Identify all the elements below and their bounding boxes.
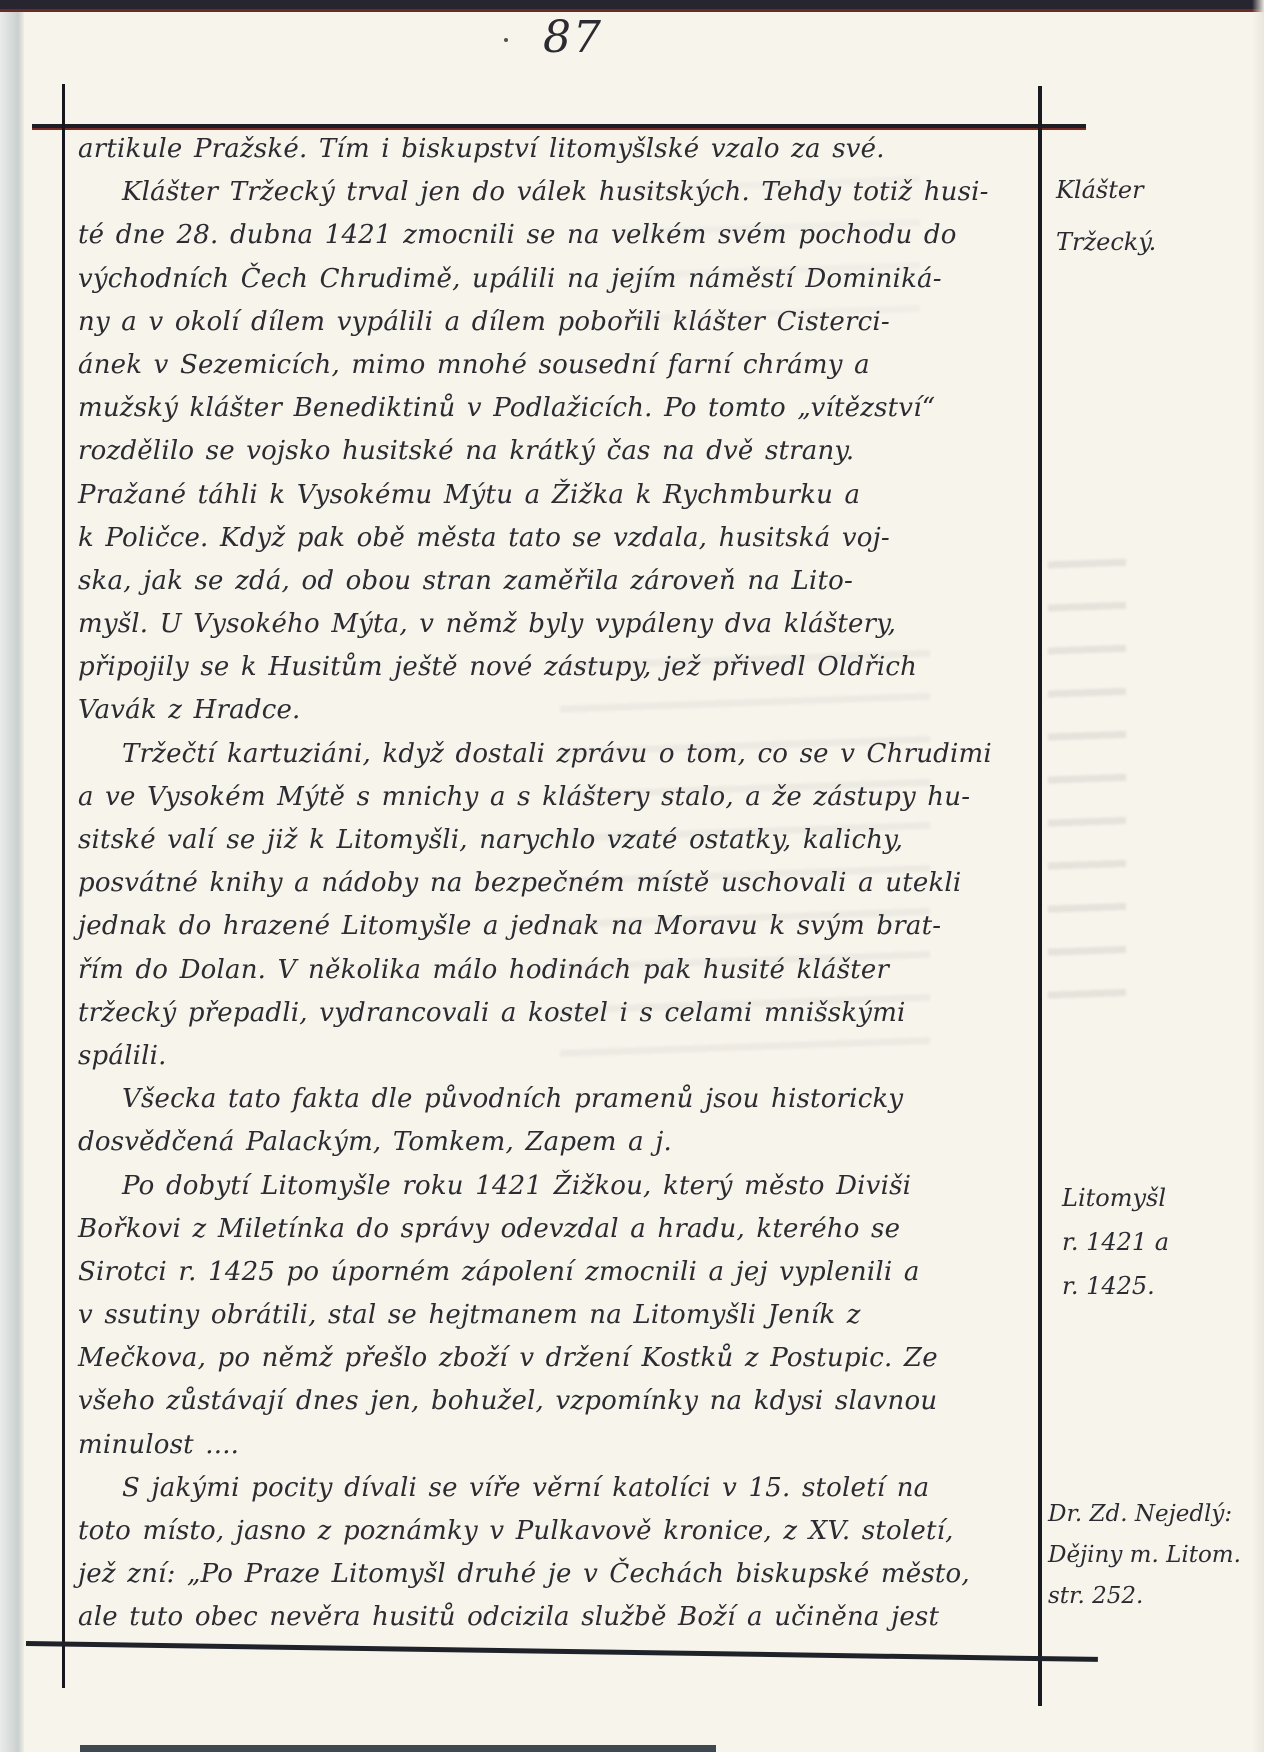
scan-edge-top-bar xyxy=(0,0,1264,14)
margin-note-line: Dějiny m. Litom. xyxy=(1048,1535,1241,1576)
manuscript-line: řím do Dolan. V několika málo hodinách p… xyxy=(78,949,1036,992)
margin-note-line: Tržecký. xyxy=(1056,216,1156,268)
manuscript-line: Pražané táhli k Vysokému Mýtu a Žižka k … xyxy=(78,474,1036,517)
manuscript-line: myšl. U Vysokého Mýta, v němž byly vypál… xyxy=(78,603,1036,646)
margin-note-line: r. 1421 a xyxy=(1062,1220,1169,1264)
manuscript-line: Mečkova, po němž přešlo zboží v držení K… xyxy=(78,1337,1036,1380)
manuscript-line: k Poličce. Když pak obě města tato se vz… xyxy=(78,517,1036,560)
manuscript-line: Klášter Tržecký trval jen do válek husit… xyxy=(78,171,1036,214)
scan-edge-bottom-bar xyxy=(80,1745,716,1752)
manuscript-line: jednak do hrazené Litomyšle a jednak na … xyxy=(78,905,1036,948)
manuscript-line: východních Čech Chrudimě, upálili na jej… xyxy=(78,258,1036,301)
manuscript-line: v ssutiny obrátili, stal se hejtmanem na… xyxy=(78,1294,1036,1337)
manuscript-line: všeho zůstávají dnes jen, bohužel, vzpom… xyxy=(78,1380,1036,1423)
margin-note-line: Litomyšl xyxy=(1062,1176,1169,1220)
manuscript-line: tržecký přepadli, vydrancovali a kostel … xyxy=(78,992,1036,1035)
manuscript-line: rozdělilo se vojsko husitské na krátký č… xyxy=(78,430,1036,473)
bleed-through-smudge xyxy=(1048,552,1126,1022)
margin-note-source-reference: Dr. Zd. Nejedlý:Dějiny m. Litom.str. 252… xyxy=(1048,1494,1241,1617)
manuscript-line: a ve Vysokém Mýtě s mnichy a s kláštery … xyxy=(78,776,1036,819)
manuscript-line: posvátné knihy a nádoby na bezpečném mís… xyxy=(78,862,1036,905)
manuscript-line: Sirotci r. 1425 po úporném zápolení zmoc… xyxy=(78,1251,1036,1294)
margin-note-line: Dr. Zd. Nejedlý: xyxy=(1048,1494,1241,1535)
margin-rule-right xyxy=(1038,86,1042,1706)
manuscript-line: minulost .... xyxy=(78,1424,1036,1467)
manuscript-line: Bořkovi z Miletínka do správy odevzdal a… xyxy=(78,1208,1036,1251)
manuscript-line: Všecka tato fakta dle původních pramenů … xyxy=(78,1078,1036,1121)
manuscript-line: Po dobytí Litomyšle roku 1421 Žižkou, kt… xyxy=(78,1165,1036,1208)
manuscript-line: ánek v Sezemicích, mimo mnohé sousední f… xyxy=(78,344,1036,387)
manuscript-line: artikule Pražské. Tím i biskupství litom… xyxy=(78,128,1036,171)
margin-note-line: r. 1425. xyxy=(1062,1264,1169,1308)
ink-speck xyxy=(504,38,508,42)
page-number: 87 xyxy=(528,12,618,63)
manuscript-line: jež zní: „Po Praze Litomyšl druhé je v Č… xyxy=(78,1553,1036,1596)
margin-note-klaster-trzecky: KlášterTržecký. xyxy=(1056,164,1156,268)
margin-note-line: str. 252. xyxy=(1048,1576,1241,1617)
margin-note-litomysl-years: Litomyšlr. 1421 ar. 1425. xyxy=(1062,1176,1169,1308)
manuscript-line: S jakými pocity dívali se víře věrní kat… xyxy=(78,1467,1036,1510)
manuscript-line: Tržečtí kartuziáni, když dostali zprávu … xyxy=(78,733,1036,776)
scan-edge-left-strip xyxy=(0,0,24,1752)
manuscript-line: ale tuto obec nevěra husitů odcizila slu… xyxy=(78,1596,1036,1639)
scanned-manuscript-page: { "page": { "number": "87" }, "colors": … xyxy=(0,0,1264,1752)
manuscript-line: ny a v okolí dílem vypálili a dílem pobo… xyxy=(78,301,1036,344)
margin-rule-left xyxy=(62,84,65,1688)
manuscript-line: sitské valí se již k Litomyšli, narychlo… xyxy=(78,819,1036,862)
manuscript-line: dosvědčená Palackým, Tomkem, Zapem a j. xyxy=(78,1121,1036,1164)
margin-note-line: Klášter xyxy=(1056,164,1156,216)
manuscript-line: toto místo, jasno z poznámky v Pulkavově… xyxy=(78,1510,1036,1553)
manuscript-line: mužský klášter Benediktinů v Podlažicích… xyxy=(78,387,1036,430)
manuscript-line: spálili. xyxy=(78,1035,1036,1078)
scan-edge-right-shade xyxy=(1252,0,1264,1752)
ruled-line-bottom xyxy=(26,1641,1098,1662)
manuscript-line: Vavák z Hradce. xyxy=(78,689,1036,732)
manuscript-line: ska, jak se zdá, od obou stran zaměřila … xyxy=(78,560,1036,603)
manuscript-line: připojily se k Husitům ještě nové zástup… xyxy=(78,646,1036,689)
manuscript-line: té dne 28. dubna 1421 zmocnili se na vel… xyxy=(78,214,1036,257)
manuscript-text-block: artikule Pražské. Tím i biskupství litom… xyxy=(78,128,1036,1640)
